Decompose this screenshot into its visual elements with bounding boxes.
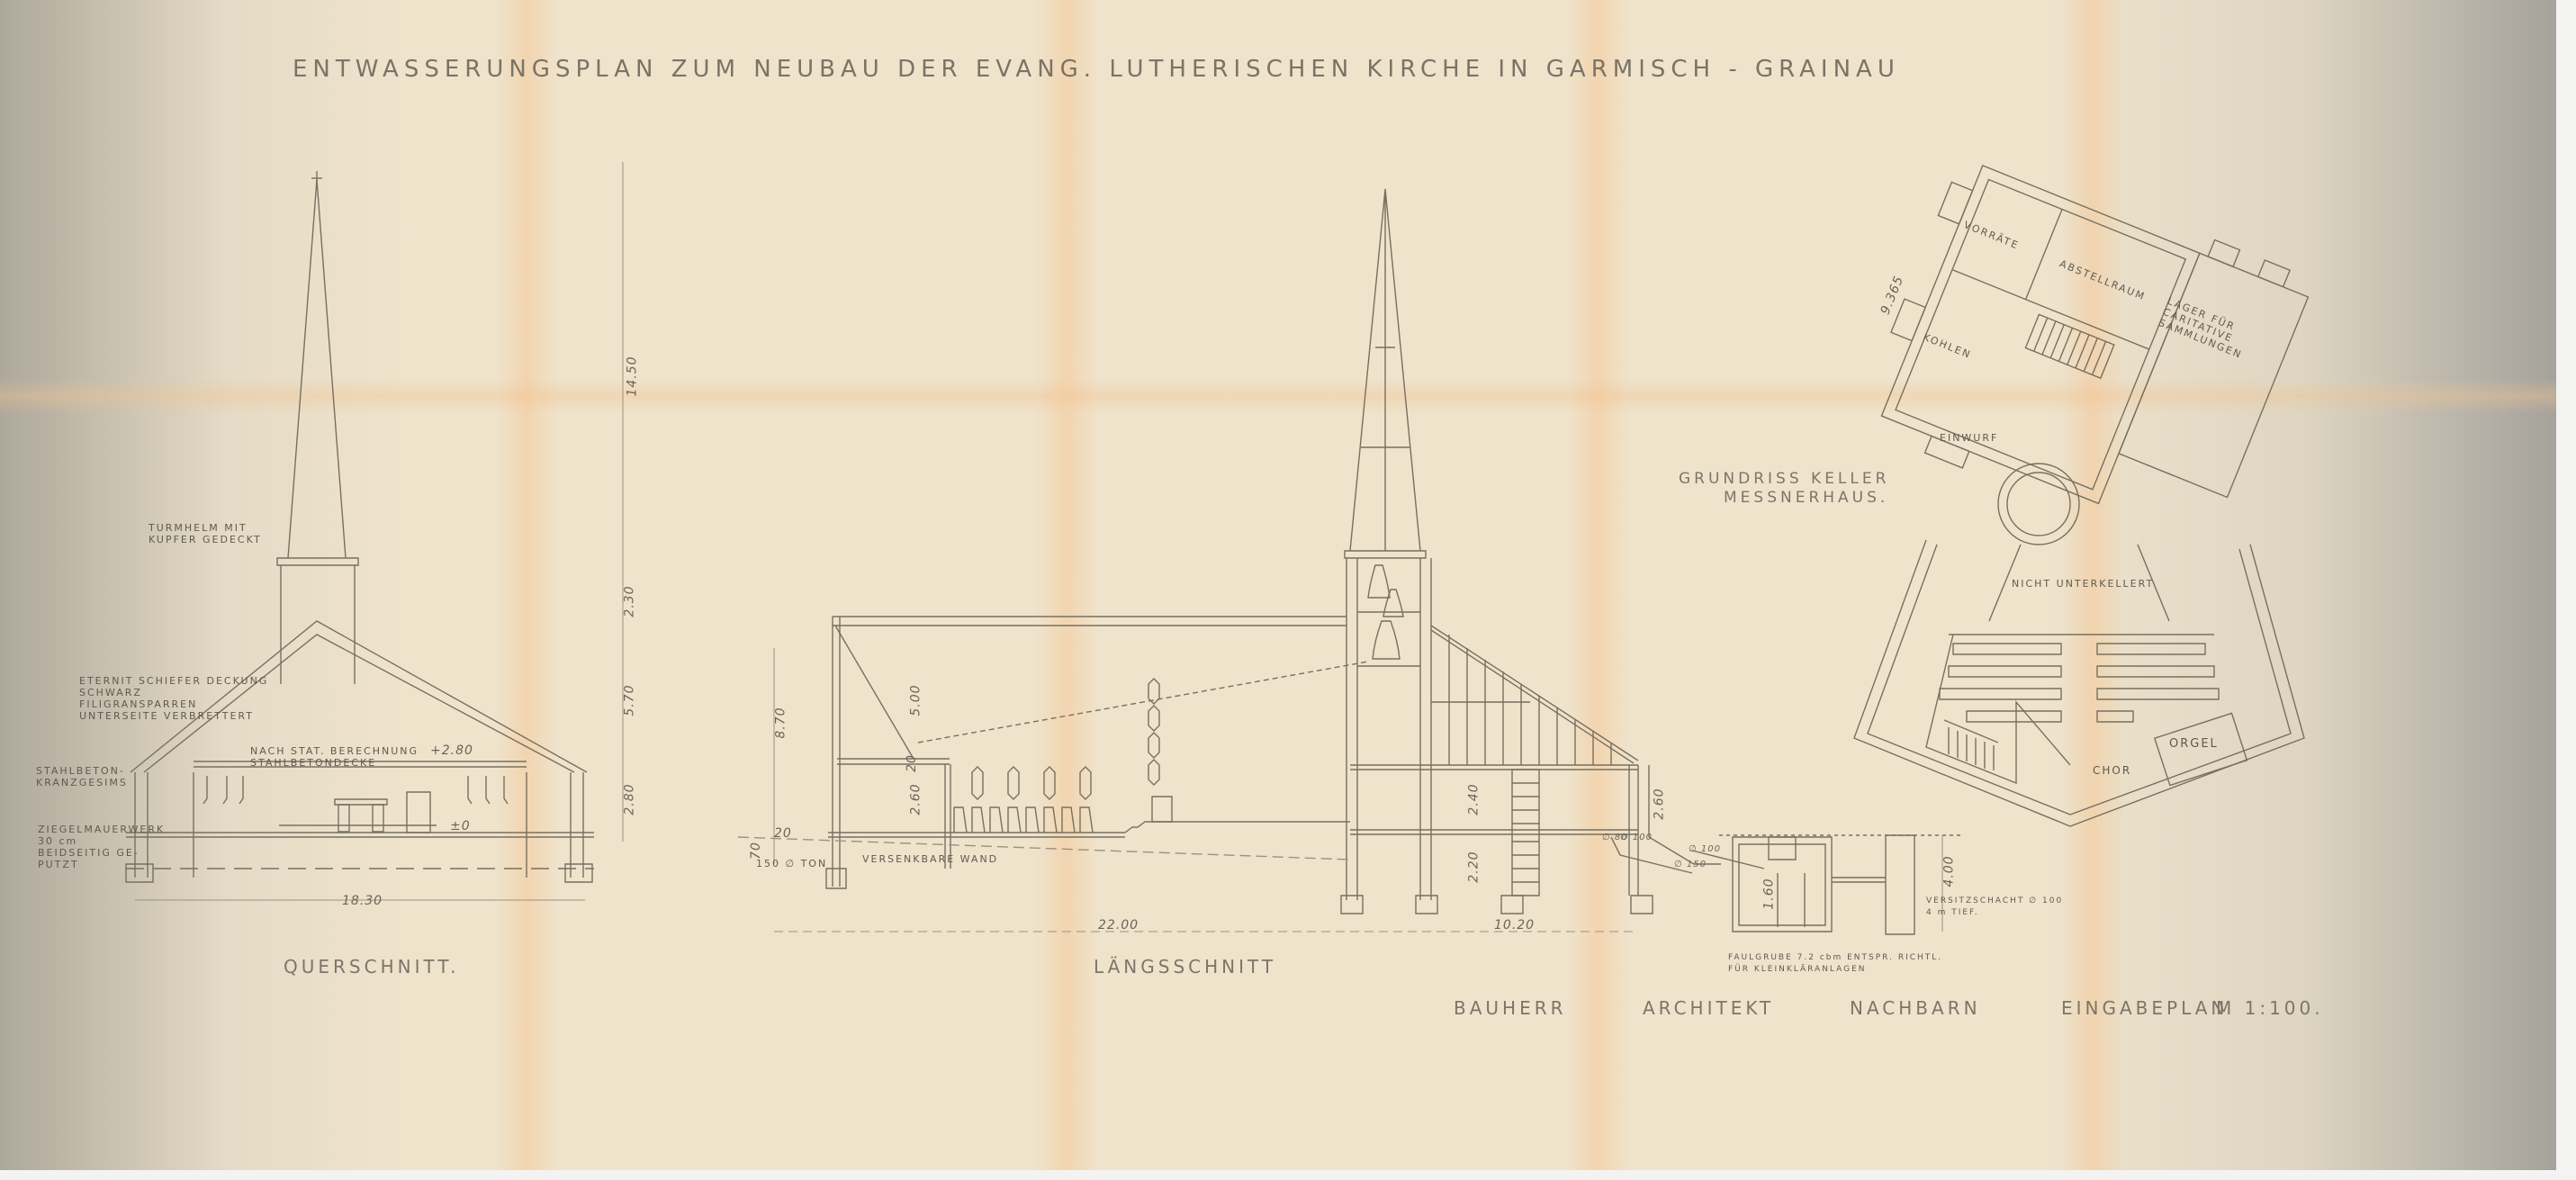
- footer-scale: M 1:100.: [2216, 997, 2324, 1019]
- dim-tower-height: 14.50: [626, 356, 640, 396]
- note-seepage-shaft: VERSITZSCHACHT ∅ 100 4 m TIEF.: [1926, 896, 2063, 919]
- floor-plan-caption-1: GRUNDRISS KELLER: [1679, 470, 1889, 488]
- note-cornice: STAHLBETON- KRANZGESIMS: [36, 765, 128, 788]
- room-choir: CHOR: [2093, 765, 2131, 777]
- note-tower-roof: TURMHELM MIT KUPFER GEDECKT: [149, 522, 262, 545]
- dim-floor-level: ±0: [450, 819, 471, 833]
- dim-total-height: 8.70: [774, 707, 788, 738]
- dim-tower-upper: 2.40: [1467, 783, 1482, 815]
- long-section-caption: LÄNGSSCHNITT: [1094, 956, 1276, 977]
- dim-pipe-2: ∅ 100: [1620, 833, 1653, 842]
- dim-slab: 20: [905, 754, 919, 772]
- note-roof-covering: ETERNIT SCHIEFER DECKUNG SCHWARZ FILIGRA…: [79, 675, 268, 722]
- dim-wall-height: 2.80: [623, 783, 637, 815]
- footer-neighbors: NACHBARN: [1850, 997, 1981, 1019]
- drawing-sheet: ENTWASSERUNGSPLAN ZUM NEUBAU DER EVANG. …: [0, 0, 2556, 1170]
- note-wall: ZIEGELMAUERWERK 30 cm BEIDSEITIG GE- PUT…: [38, 824, 165, 870]
- dim-septic-inner: 1.60: [1762, 878, 1777, 909]
- dim-pipe-4: ∅ 150: [1674, 860, 1707, 869]
- dim-annex-height: 2.60: [1653, 788, 1667, 819]
- floor-plan-drawing: [1854, 140, 2315, 564]
- cross-section-caption: QUERSCHNITT.: [284, 956, 460, 977]
- dim-depth: 70: [749, 842, 763, 860]
- note-ceiling: NACH STAT. BERECHNUNG STAHLBETONDECKE: [250, 745, 419, 769]
- long-section-drawing: [738, 189, 1962, 934]
- dim-base: 20: [774, 826, 792, 841]
- footer-plan-type: EINGABEPLAN: [2061, 997, 2228, 1019]
- room-chute: EINWURF: [1940, 432, 1998, 444]
- dim-ceiling-level: +2.80: [430, 743, 473, 758]
- dim-tower-lower: 2.20: [1467, 851, 1482, 882]
- note-retractable-wall: VERSENKBARE WAND: [862, 853, 998, 865]
- dim-pipe-3: ∅ 100: [1689, 844, 1721, 854]
- dim-nave-height: 5.70: [623, 684, 637, 716]
- floor-plan-caption-2: MESSNERHAUS.: [1724, 489, 1888, 507]
- dim-length-nave: 22.00: [1098, 918, 1139, 932]
- dim-tower-mid: 2.30: [623, 585, 637, 617]
- note-septic-tank: FAULGRUBE 7.2 cbm ENTSPR. RICHTL. FÜR KL…: [1728, 952, 1942, 976]
- dim-lower: 2.60: [909, 783, 923, 815]
- room-organ: ORGEL: [2169, 738, 2219, 750]
- dim-seepage-depth: 4.00: [1942, 855, 1957, 887]
- footer-client: BAUHERR: [1454, 997, 1567, 1019]
- dim-cross-width: 18.30: [342, 894, 383, 908]
- note-pipe: 150 ∅ TON: [756, 858, 827, 869]
- dim-upper: 5.00: [909, 684, 923, 716]
- footer-architect: ARCHITEKT: [1643, 997, 1774, 1019]
- dim-length-tower: 10.20: [1494, 918, 1535, 932]
- area-not-basement: NICHT UNTERKELLERT: [2012, 578, 2154, 590]
